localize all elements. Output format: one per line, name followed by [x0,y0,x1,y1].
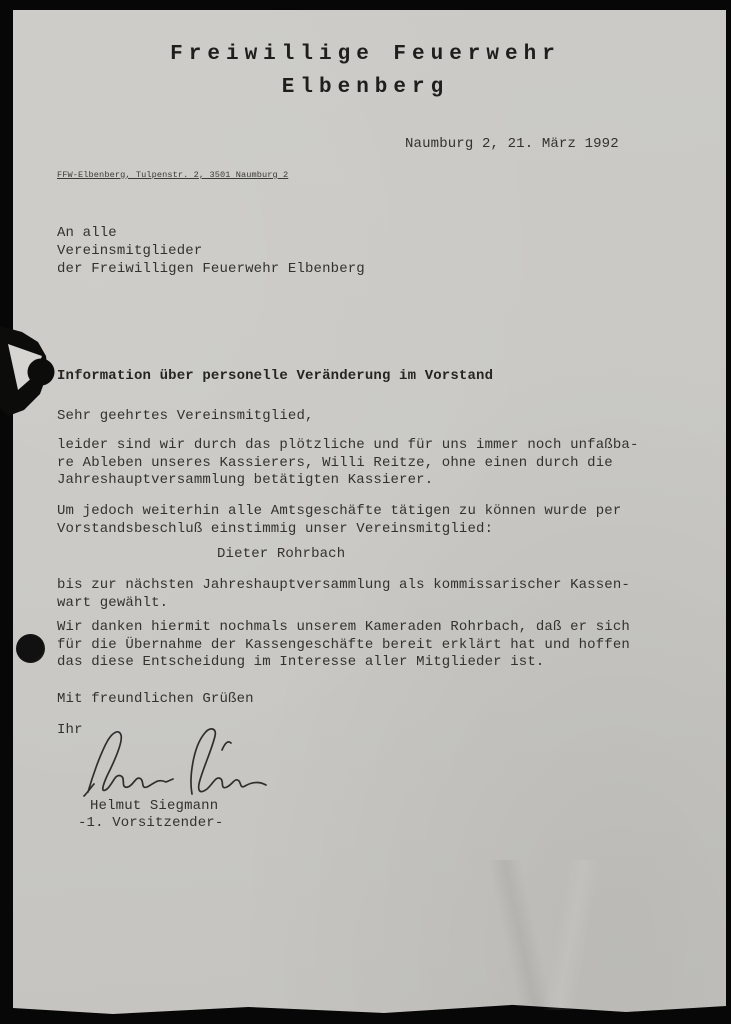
hole-punch-icon [16,634,45,663]
pre-signature-line: Ihr [57,722,83,740]
signer-name-line: Helmut Siegmann [90,798,218,816]
body-paragraph-2: Um jedoch weiterhin alle Amtsgeschäfte t… [57,503,621,538]
scanned-letter: Freiwillige Feuerwehr Elbenberg Naumburg… [0,0,731,1024]
body-paragraph-4: Wir danken hiermit nochmals unserem Kame… [57,619,630,672]
paper-fold-artifact [0,320,62,424]
subject-line: Information über personelle Veränderung … [57,368,493,386]
signer-title-line: -1. Vorsitzender- [78,815,223,833]
handwritten-signature [80,726,270,802]
appointee-name-line: Dieter Rohrbach [217,546,345,564]
sender-address-line: FFW-Elbenberg, Tulpenstr. 2, 3501 Naumbu… [57,167,288,185]
date-line: Naumburg 2, 21. März 1992 [405,136,619,154]
recipient-block: An alle Vereinsmitglieder der Freiwillig… [57,224,365,278]
body-paragraph-3: bis zur nächsten Jahreshauptversammlung … [57,577,630,612]
salutation-line: Sehr geehrtes Vereinsmitglied, [57,408,314,426]
letterhead-line2: Elbenberg [0,79,731,97]
body-paragraph-1: leider sind wir durch das plötzliche und… [57,437,639,490]
closing-line: Mit freundlichen Grüßen [57,691,254,709]
letterhead-line1: Freiwillige Feuerwehr [0,46,731,64]
